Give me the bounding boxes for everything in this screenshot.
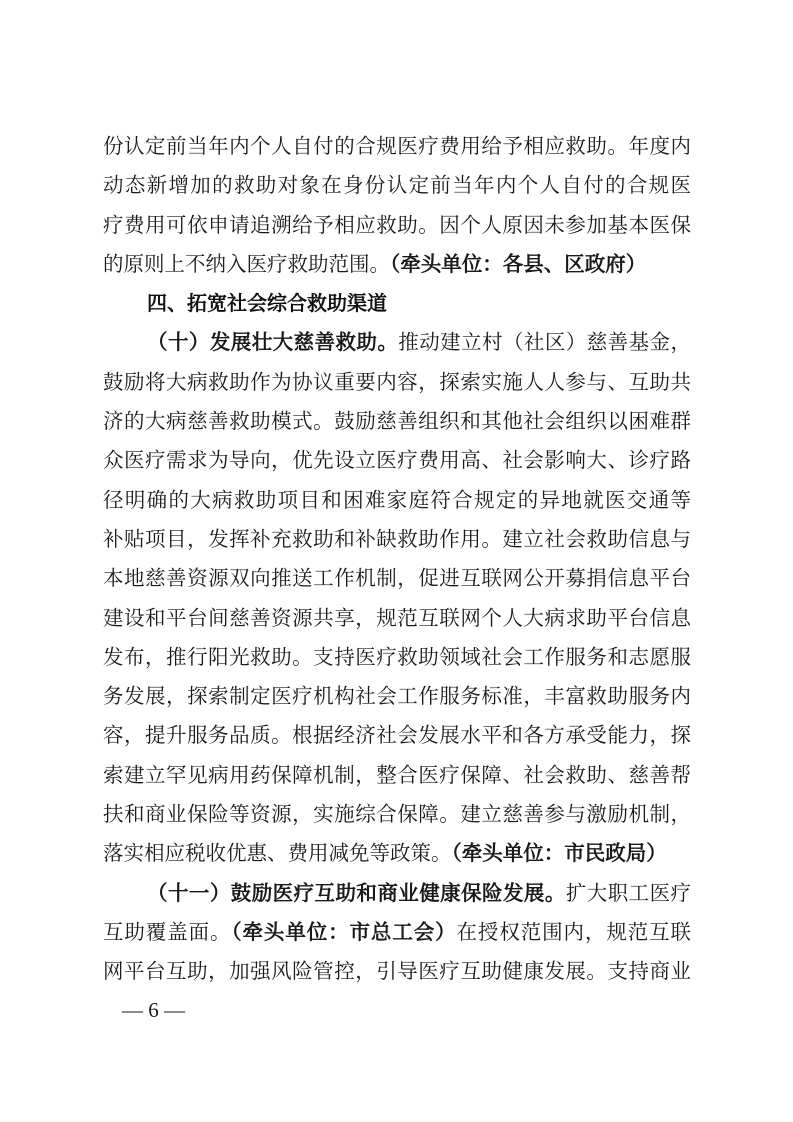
paragraph-line: 务发展，探索制定医疗机构社会工作服务标准，丰富救助服务内 [103, 677, 691, 716]
lead-unit-note: （牵头单位：市总工会） [231, 920, 456, 944]
paragraph-line: 网平台互助，加强风险管控，引导医疗互助健康发展。支持商业 [103, 952, 691, 991]
paragraph-line: 的原则上不纳入医疗救助范围。（牵头单位：各县、区政府） [103, 245, 691, 284]
line-text: 扩大职工医疗 [566, 881, 691, 905]
lead-unit-note: （牵头单位：市民政局） [452, 841, 667, 865]
line-text: 在授权范围内，规范互联 [457, 920, 691, 944]
paragraph-line: 扶和商业保险等资源，实施综合保障。建立慈善参与激励机制， [103, 795, 691, 834]
paragraph-line: 份认定前当年内个人自付的合规医疗费用给予相应救助。年度内 [103, 127, 691, 166]
paragraph-line: 容，提升服务品质。根据经济社会发展水平和各方承受能力，探 [103, 716, 691, 755]
line-text: 推动建立村（社区）慈善基金， [398, 330, 691, 354]
paragraph-line: 建设和平台间慈善资源共享，规范互联网个人大病求助平台信息 [103, 599, 691, 638]
line-text: 的原则上不纳入医疗救助范围。 [103, 252, 390, 276]
paragraph-line: 落实相应税收优惠、费用减免等政策。（牵头单位：市民政局） [103, 834, 691, 873]
line-text: 互助覆盖面。 [103, 920, 231, 944]
document-page: 份认定前当年内个人自付的合规医疗费用给予相应救助。年度内 动态新增加的救助对象在… [0, 0, 793, 1122]
paragraph-line: 济的大病慈善救助模式。鼓励慈善组织和其他社会组织以困难群 [103, 402, 691, 441]
lead-unit-note: （牵头单位：各县、区政府） [390, 252, 646, 276]
paragraph-line: 补贴项目，发挥补充救助和补缺救助作用。建立社会救助信息与 [103, 520, 691, 559]
line-text: 落实相应税收优惠、费用减免等政策。 [103, 841, 452, 865]
paragraph-line: 索建立罕见病用药保障机制，整合医疗保障、社会救助、慈善帮 [103, 756, 691, 795]
page-number: — 6 — [122, 998, 185, 1023]
section-heading: 四、拓宽社会综合救助渠道 [103, 284, 691, 323]
paragraph-line: 众医疗需求为导向，优先设立医疗费用高、社会影响大、诊疗路 [103, 441, 691, 480]
paragraph-line: 发布，推行阳光救助。支持医疗救助领域社会工作服务和志愿服 [103, 638, 691, 677]
paragraph-line: （十）发展壮大慈善救助。推动建立村（社区）慈善基金， [103, 323, 691, 362]
paragraph-line: 径明确的大病救助项目和困难家庭符合规定的异地就医交通等 [103, 481, 691, 520]
paragraph-line: 动态新增加的救助对象在身份认定前当年内个人自付的合规医 [103, 166, 691, 205]
paragraph-line: 疗费用可依申请追溯给予相应救助。因个人原因未参加基本医保 [103, 206, 691, 245]
subsection-title: （十一）鼓励医疗互助和商业健康保险发展。 [147, 881, 566, 905]
paragraph-line: 本地慈善资源双向推送工作机制，促进互联网公开募捐信息平台 [103, 559, 691, 598]
paragraph-line: 鼓励将大病救助作为协议重要内容，探索实施人人参与、互助共 [103, 363, 691, 402]
subsection-title: （十）发展壮大慈善救助。 [147, 330, 398, 354]
paragraph-line: 互助覆盖面。（牵头单位：市总工会）在授权范围内，规范互联 [103, 913, 691, 952]
body-text: 份认定前当年内个人自付的合规医疗费用给予相应救助。年度内 动态新增加的救助对象在… [103, 127, 691, 992]
paragraph-line: （十一）鼓励医疗互助和商业健康保险发展。扩大职工医疗 [103, 874, 691, 913]
